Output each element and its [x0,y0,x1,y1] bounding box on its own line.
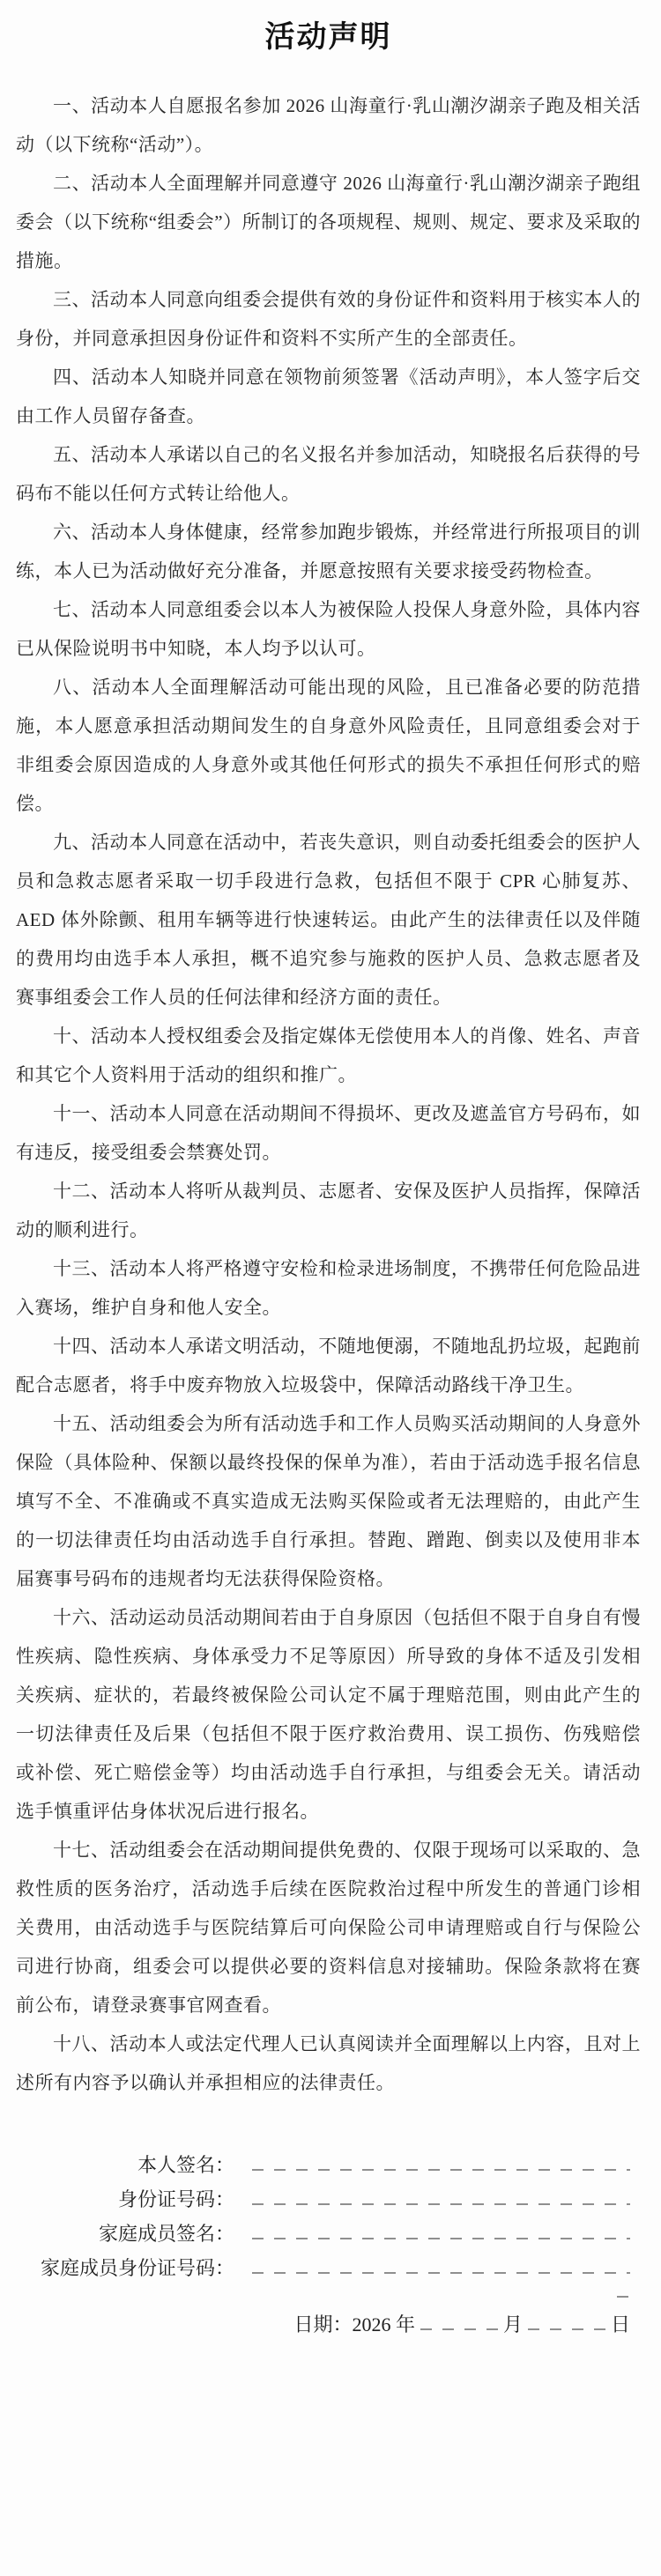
clause-11: 十一、活动本人同意在活动期间不得损坏、更改及遮盖官方号码布，如有违反，接受组委会… [16,1094,641,1172]
clause-16: 十六、活动运动员活动期间若由于自身原因（包括但不限于自身自有慢性疾病、隐性疾病、… [16,1598,641,1831]
clause-15: 十五、活动组委会为所有活动选手和工作人员购买活动期间的人身意外保险（具体险种、保… [16,1404,641,1598]
date-year-label: 日期：2026 年 [293,2312,415,2338]
signature-section: 本人签名： 身份证号码： 家庭成员签名： 家庭成员身份证号码： 日期：2026 … [16,2144,641,2338]
clause-18: 十八、活动本人或法定代理人已认真阅读并全面理解以上内容，且对上述所有内容予以确认… [16,2025,641,2102]
date-month-label: 月 [503,2312,523,2338]
signer-name-blank-line [252,2169,630,2171]
family-member-name-blank-line [252,2238,630,2239]
clause-13: 十三、活动本人将严格遵守安检和检录进场制度，不携带任何危险品进入赛场，维护自身和… [16,1249,641,1327]
clause-10: 十、活动本人授权组委会及指定媒体无偿使用本人的肖像、姓名、声音和其它个人资料用于… [16,1017,641,1094]
clause-14: 十四、活动本人承诺文明活动，不随地便溺，不随地乱扔垃圾，起跑前配合志愿者，将手中… [16,1327,641,1404]
clause-07: 七、活动本人同意组委会以本人为被保险人投保人身意外险，具体内容已从保险说明书中知… [16,590,641,668]
family-member-name-row: 家庭成员签名： [16,2213,641,2247]
clause-08: 八、活动本人全面理解活动可能出现的风险，且已准备必要的防范措施，本人愿意承担活动… [16,668,641,823]
clause-02: 二、活动本人全面理解并同意遵守 2026 山海童行·乳山潮汐湖亲子跑组委会（以下… [16,164,641,280]
family-member-id-row: 家庭成员身份证号码： [16,2247,641,2282]
signer-id-label: 身份证号码： [16,2187,234,2213]
clause-12: 十二、活动本人将听从裁判员、志愿者、安保及医护人员指挥，保障活动的顺利进行。 [16,1172,641,1249]
date-day-blank-line [528,2328,609,2330]
signer-id-row: 身份证号码： [16,2179,641,2213]
date-row: 日期：2026 年 月 日 [16,2303,641,2338]
clause-17: 十七、活动组委会在活动期间提供免费的、仅限于现场可以采取的、急救性质的医务治疗，… [16,1831,641,2025]
signer-name-row: 本人签名： [16,2144,641,2179]
clause-03: 三、活动本人同意向组委会提供有效的身份证件和资料用于核实本人的身份，并同意承担因… [16,280,641,358]
clause-01: 一、活动本人自愿报名参加 2026 山海童行·乳山潮汐湖亲子跑及相关活动（以下统… [16,86,641,164]
date-day-label: 日 [611,2312,630,2338]
document-body: 一、活动本人自愿报名参加 2026 山海童行·乳山潮汐湖亲子跑及相关活动（以下统… [16,86,641,2102]
activity-declaration-document: 活动声明 一、活动本人自愿报名参加 2026 山海童行·乳山潮汐湖亲子跑及相关活… [0,0,661,2576]
clause-04: 四、活动本人知晓并同意在领物前须签署《活动声明》，本人签字后交由工作人员留存备查… [16,358,641,435]
document-title: 活动声明 [16,18,641,58]
signer-name-label: 本人签名： [16,2152,234,2179]
family-member-id-blank-line [252,2272,630,2274]
clause-06: 六、活动本人身体健康，经常参加跑步锻炼，并经常进行所报项目的训练，本人已为活动做… [16,513,641,590]
clause-09: 九、活动本人同意在活动中，若丧失意识，则自动委托组委会的医护人员和急救志愿者采取… [16,823,641,1017]
family-member-name-label: 家庭成员签名： [16,2221,234,2247]
signer-id-blank-line [252,2203,630,2205]
family-member-id-label: 家庭成员身份证号码： [16,2255,234,2282]
wrapped-dash-mark [617,2296,628,2298]
clause-05: 五、活动本人承诺以自己的名义报名并参加活动，知晓报名后获得的号码布不能以任何方式… [16,435,641,513]
date-month-blank-line [420,2328,501,2330]
